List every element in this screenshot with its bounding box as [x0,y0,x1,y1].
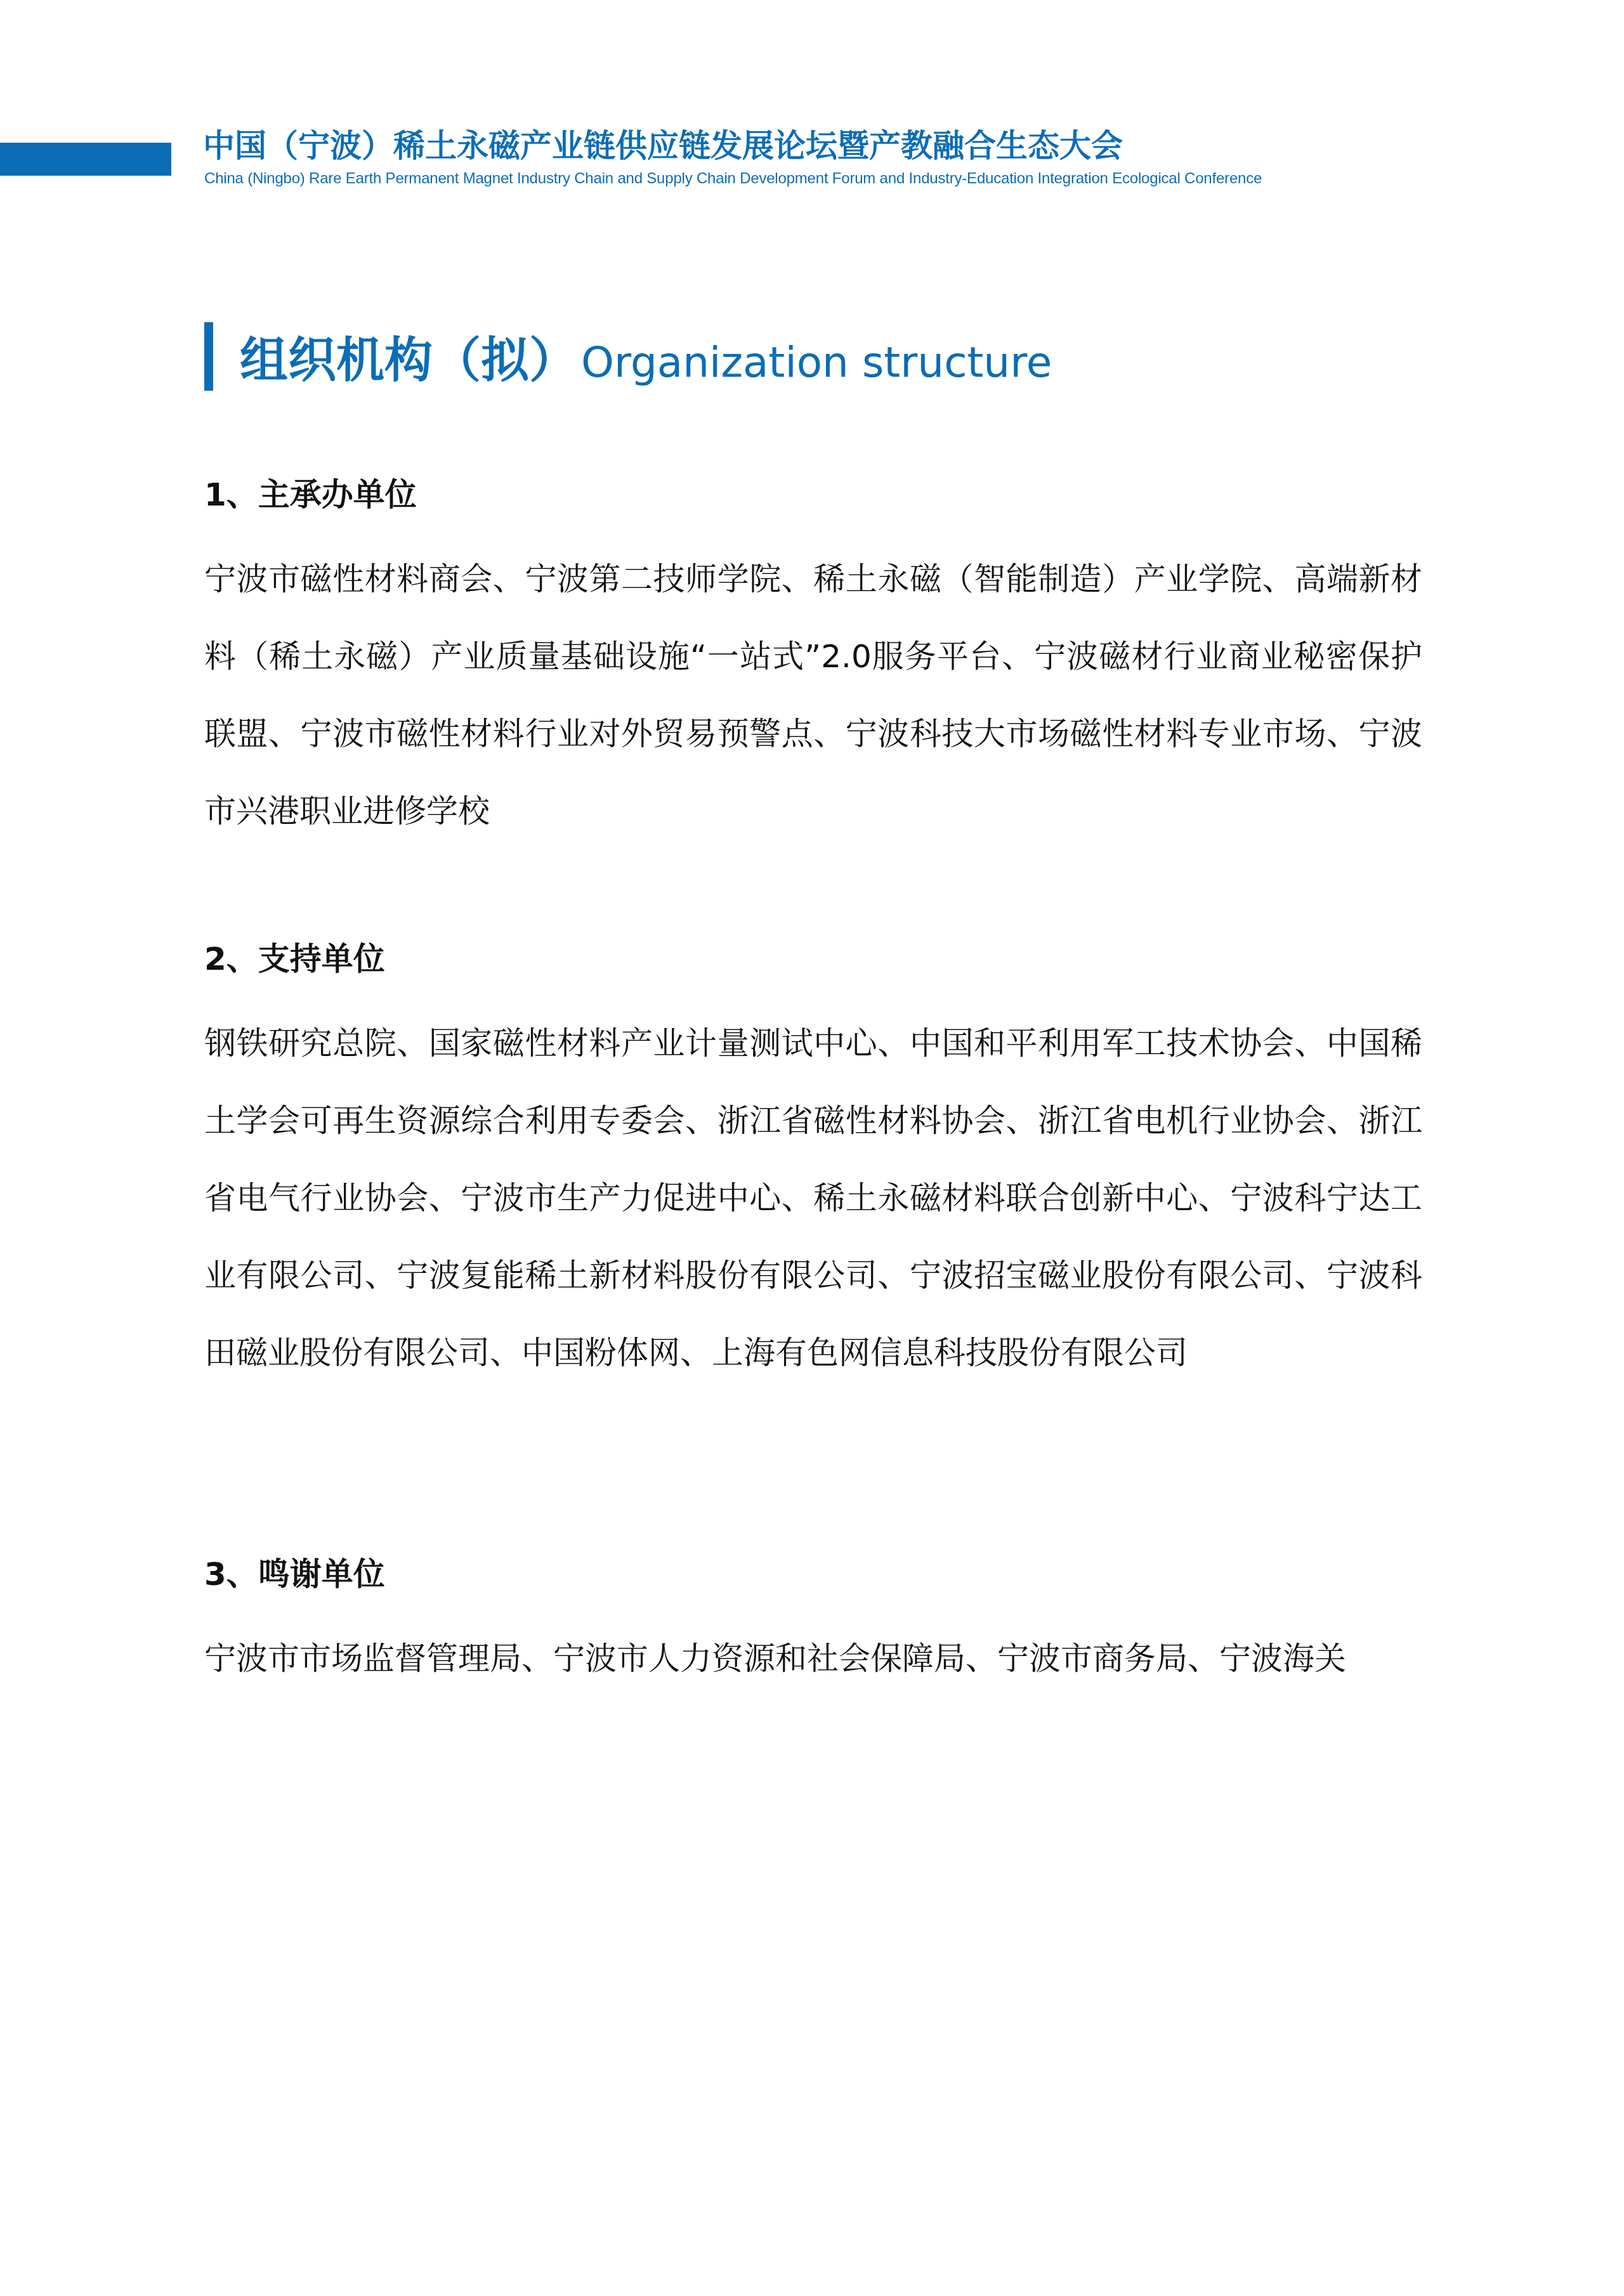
group-heading: 1、主承办单位 [204,476,1422,514]
section-accent-bar [204,322,213,391]
group-organizers: 1、主承办单位 宁波市磁性材料商会、宁波第二技师学院、稀土永磁（智能制造）产业学… [204,476,1422,850]
group-supporters: 2、支持单位 钢铁研究总院、国家磁性材料产业计量测试中心、中国和平利用军工技术协… [204,940,1422,1392]
group-body: 钢铁研究总院、国家磁性材料产业计量测试中心、中国和平利用军工技术协会、中国稀土学… [204,1005,1422,1392]
header-accent-bar [0,143,171,176]
group-acknowledgements: 3、鸣谢单位 宁波市市场监督管理局、宁波市人力资源和社会保障局、宁波市商务局、宁… [204,1555,1422,1697]
section-title-cn: 组织机构（拟） [240,332,577,388]
section-title-en: Organization structure [581,338,1052,387]
group-heading: 3、鸣谢单位 [204,1555,1422,1593]
section-title: 组织机构（拟）Organization structure [240,329,1052,405]
group-heading: 2、支持单位 [204,940,1422,978]
group-body: 宁波市市场监督管理局、宁波市人力资源和社会保障局、宁波市商务局、宁波海关 [204,1620,1422,1697]
conference-title-en: China (Ningbo) Rare Earth Permanent Magn… [204,170,1262,188]
conference-title-cn: 中国（宁波）稀土永磁产业链供应链发展论坛暨产教融合生态大会 [203,127,1123,165]
group-body: 宁波市磁性材料商会、宁波第二技师学院、稀土永磁（智能制造）产业学院、高端新材料（… [204,540,1422,850]
